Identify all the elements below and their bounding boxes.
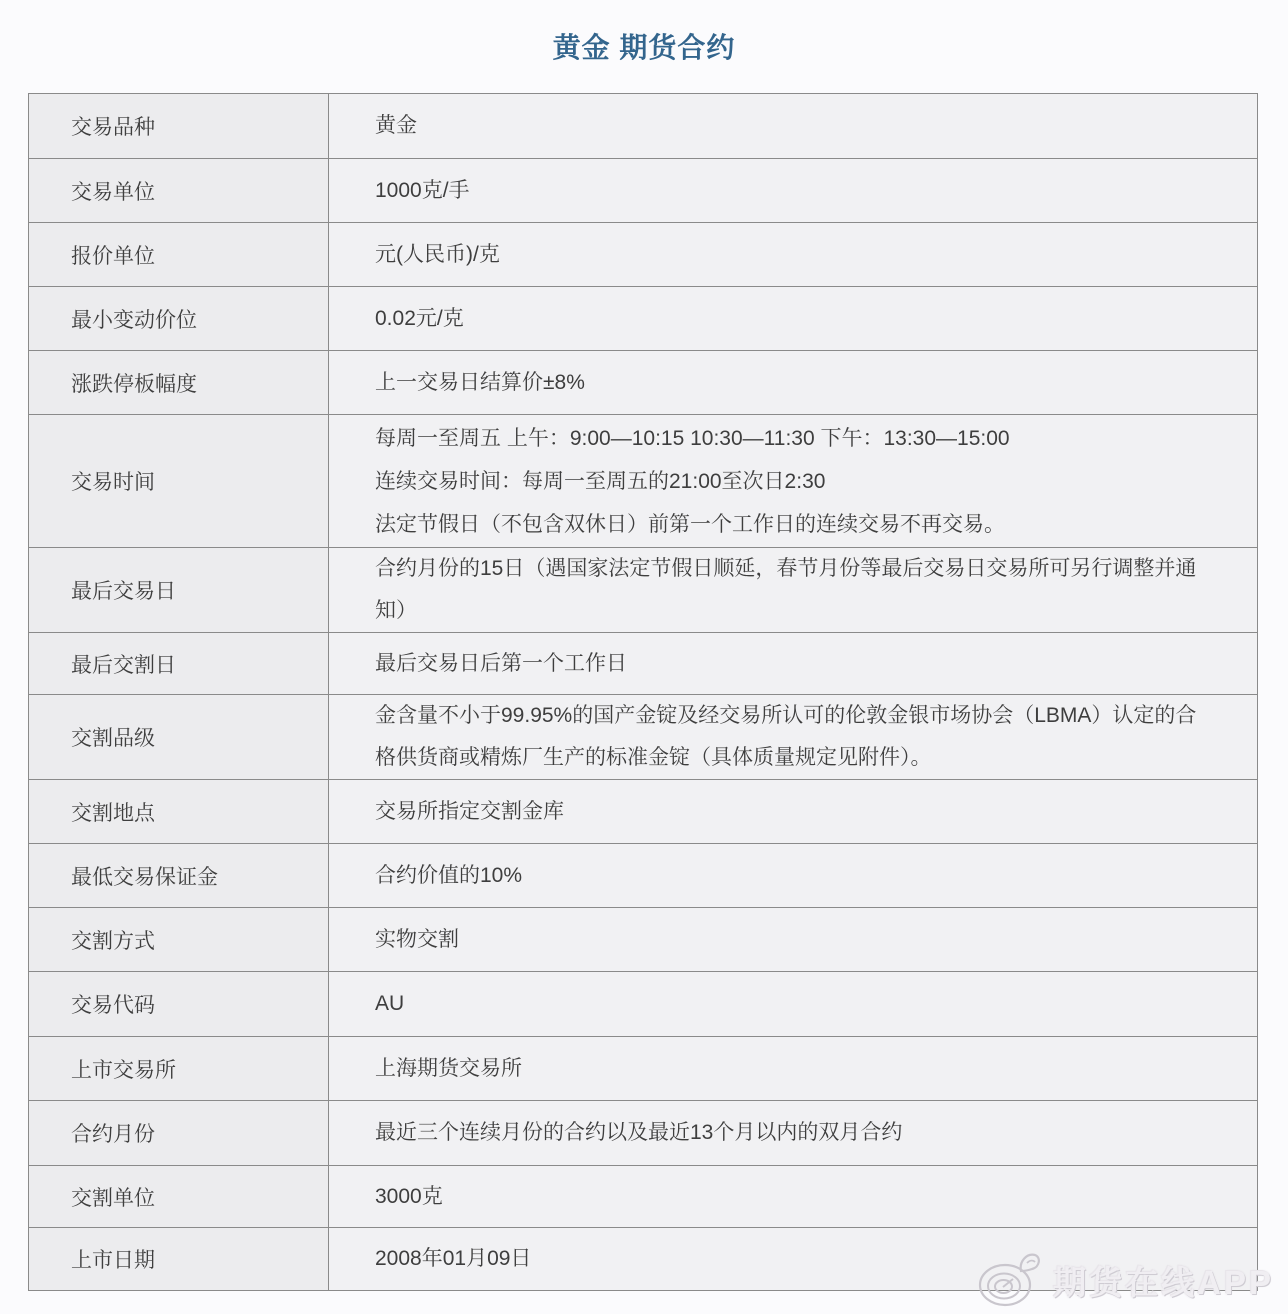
table-row: 最后交易日 合约月份的15日（遇国家法定节假日顺延，春节月份等最后交易日交易所可… [29, 547, 1257, 632]
row-label: 交割地点 [29, 780, 329, 843]
table-row: 交割地点 交易所指定交割金库 [29, 779, 1257, 843]
row-value: 上海期货交易所 [329, 1037, 1257, 1100]
trading-hours-line: 法定节假日（不包含双休日）前第一个工作日的连续交易不再交易。 [375, 503, 1217, 546]
row-value: AU [329, 972, 1257, 1036]
row-label: 交易单位 [29, 159, 329, 222]
row-label: 交易品种 [29, 94, 329, 158]
table-row: 交易时间 每周一至周五 上午：9:00—10:15 10:30—11:30 下午… [29, 414, 1257, 547]
table-row: 最后交割日 最后交易日后第一个工作日 [29, 632, 1257, 694]
row-value: 最近三个连续月份的合约以及最近13个月以内的双月合约 [329, 1101, 1257, 1165]
row-value: 1000克/手 [329, 159, 1257, 222]
futures-contract-spec-table: 交易品种 黄金 交易单位 1000克/手 报价单位 元(人民币)/克 最小变动价… [28, 93, 1258, 1291]
table-row: 交易品种 黄金 [29, 94, 1257, 158]
row-label: 涨跌停板幅度 [29, 351, 329, 414]
table-row: 交易单位 1000克/手 [29, 158, 1257, 222]
trading-hours-line: 每周一至周五 上午：9:00—10:15 10:30—11:30 下午：13:3… [375, 417, 1217, 460]
table-row: 合约月份 最近三个连续月份的合约以及最近13个月以内的双月合约 [29, 1100, 1257, 1165]
row-value: 上一交易日结算价±8% [329, 351, 1257, 414]
row-value: 交易所指定交割金库 [329, 780, 1257, 843]
table-row: 交易代码 AU [29, 971, 1257, 1036]
row-value: 黄金 [329, 94, 1257, 158]
row-value: 实物交割 [329, 908, 1257, 971]
row-label: 最后交割日 [29, 633, 329, 694]
table-row: 涨跌停板幅度 上一交易日结算价±8% [29, 350, 1257, 414]
row-label: 交易代码 [29, 972, 329, 1036]
row-value: 合约月份的15日（遇国家法定节假日顺延，春节月份等最后交易日交易所可另行调整并通… [329, 548, 1257, 632]
table-row: 上市交易所 上海期货交易所 [29, 1036, 1257, 1100]
row-label: 上市交易所 [29, 1037, 329, 1100]
row-value: 2008年01月09日 [329, 1228, 1257, 1290]
row-value: 元(人民币)/克 [329, 223, 1257, 286]
table-row: 最低交易保证金 合约价值的10% [29, 843, 1257, 907]
row-label: 上市日期 [29, 1228, 329, 1290]
table-row: 上市日期 2008年01月09日 [29, 1227, 1257, 1290]
row-label: 最小变动价位 [29, 287, 329, 350]
row-value: 金含量不小于99.95%的国产金锭及经交易所认可的伦敦金银市场协会（LBMA）认… [329, 695, 1257, 779]
row-value: 0.02元/克 [329, 287, 1257, 350]
row-label: 交割方式 [29, 908, 329, 971]
row-label: 最低交易保证金 [29, 844, 329, 907]
row-label: 交易时间 [29, 415, 329, 547]
table-row: 交割品级 金含量不小于99.95%的国产金锭及经交易所认可的伦敦金银市场协会（L… [29, 694, 1257, 779]
trading-hours-line: 连续交易时间：每周一至周五的21:00至次日2:30 [375, 460, 1217, 503]
table-row: 最小变动价位 0.02元/克 [29, 286, 1257, 350]
row-label: 报价单位 [29, 223, 329, 286]
page-title: 黄金 期货合约 [0, 0, 1288, 64]
row-value: 每周一至周五 上午：9:00—10:15 10:30—11:30 下午：13:3… [329, 415, 1257, 547]
row-label: 合约月份 [29, 1101, 329, 1165]
table-row: 报价单位 元(人民币)/克 [29, 222, 1257, 286]
row-value: 最后交易日后第一个工作日 [329, 633, 1257, 694]
row-value: 合约价值的10% [329, 844, 1257, 907]
row-label: 交割品级 [29, 695, 329, 779]
table-row: 交割单位 3000克 [29, 1165, 1257, 1227]
row-value: 3000克 [329, 1166, 1257, 1227]
row-label: 交割单位 [29, 1166, 329, 1227]
table-row: 交割方式 实物交割 [29, 907, 1257, 971]
row-label: 最后交易日 [29, 548, 329, 632]
